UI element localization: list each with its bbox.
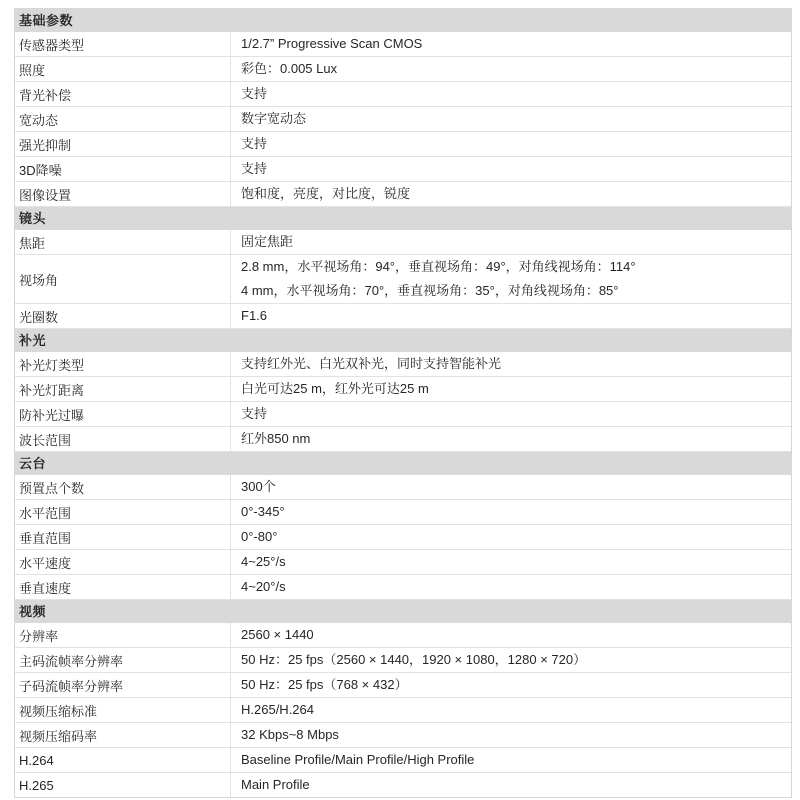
spec-row: 分辨率2560 × 1440 <box>15 623 791 648</box>
spec-row: 防补光过曝支持 <box>15 402 791 427</box>
spec-value-line: 支持红外光、白光双补光，同时支持智能补光 <box>241 352 791 376</box>
spec-value: 数字宽动态 <box>231 107 791 131</box>
spec-value: 0°-80° <box>231 525 791 549</box>
spec-value-line: 300个 <box>241 475 791 499</box>
spec-label: 视频压缩码率 <box>15 723 231 747</box>
spec-value: 2.8 mm，水平视场角：94°，垂直视场角：49°，对角线视场角：114°4 … <box>231 255 791 303</box>
spec-label: 背光补偿 <box>15 82 231 106</box>
spec-value-line: 支持 <box>241 82 791 106</box>
spec-label: 波长范围 <box>15 427 231 451</box>
spec-row: 主码流帧率分辨率50 Hz：25 fps（2560 × 1440，1920 × … <box>15 648 791 673</box>
spec-label: 补光灯类型 <box>15 352 231 376</box>
spec-value: 0°-345° <box>231 500 791 524</box>
spec-value-line: 支持 <box>241 132 791 156</box>
spec-value: 4~20°/s <box>231 575 791 599</box>
spec-row: 垂直范围0°-80° <box>15 525 791 550</box>
spec-value: 饱和度，亮度，对比度，锐度 <box>231 182 791 206</box>
spec-label: 分辨率 <box>15 623 231 647</box>
spec-value: F1.6 <box>231 304 791 328</box>
spec-value: 32 Kbps~8 Mbps <box>231 723 791 747</box>
spec-row: 强光抑制支持 <box>15 132 791 157</box>
spec-label: H.265 <box>15 773 231 797</box>
spec-value-line: 4~25°/s <box>241 550 791 574</box>
spec-value: Baseline Profile/Main Profile/High Profi… <box>231 748 791 772</box>
spec-row: 焦距固定焦距 <box>15 230 791 255</box>
spec-row: 视频压缩码率32 Kbps~8 Mbps <box>15 723 791 748</box>
spec-value-line: F1.6 <box>241 304 791 328</box>
spec-row: 宽动态数字宽动态 <box>15 107 791 132</box>
spec-value: 支持 <box>231 157 791 181</box>
spec-value: 白光可达25 m，红外光可达25 m <box>231 377 791 401</box>
spec-row: H.264Baseline Profile/Main Profile/High … <box>15 748 791 773</box>
spec-label: 垂直范围 <box>15 525 231 549</box>
spec-value: 支持红外光、白光双补光，同时支持智能补光 <box>231 352 791 376</box>
spec-value-line: 0°-345° <box>241 500 791 524</box>
spec-row: 预置点个数300个 <box>15 475 791 500</box>
spec-label: 主码流帧率分辨率 <box>15 648 231 672</box>
spec-label: 视场角 <box>15 255 231 303</box>
spec-value: 支持 <box>231 82 791 106</box>
spec-row: H.265Main Profile <box>15 773 791 797</box>
spec-value: 固定焦距 <box>231 230 791 254</box>
spec-label: 预置点个数 <box>15 475 231 499</box>
spec-value-line: 1/2.7” Progressive Scan CMOS <box>241 32 791 56</box>
spec-value: 彩色：0.005 Lux <box>231 57 791 81</box>
spec-value-line: 4 mm，水平视场角：70°，垂直视场角：35°，对角线视场角：85° <box>241 279 791 303</box>
spec-row: 水平速度4~25°/s <box>15 550 791 575</box>
spec-row: 视场角2.8 mm，水平视场角：94°，垂直视场角：49°，对角线视场角：114… <box>15 255 791 304</box>
spec-row: 3D降噪支持 <box>15 157 791 182</box>
spec-value-line: 4~20°/s <box>241 575 791 599</box>
spec-row: 水平范围0°-345° <box>15 500 791 525</box>
spec-value-line: 数字宽动态 <box>241 107 791 131</box>
spec-label: 光圈数 <box>15 304 231 328</box>
spec-row: 补光灯距离白光可达25 m，红外光可达25 m <box>15 377 791 402</box>
spec-value: 1/2.7” Progressive Scan CMOS <box>231 32 791 56</box>
spec-value: Main Profile <box>231 773 791 797</box>
spec-value: 红外850 nm <box>231 427 791 451</box>
section-header: 补光 <box>15 329 791 352</box>
spec-value: H.265/H.264 <box>231 698 791 722</box>
spec-row: 子码流帧率分辨率50 Hz：25 fps（768 × 432） <box>15 673 791 698</box>
section-header: 基础参数 <box>15 9 791 32</box>
spec-value-line: 固定焦距 <box>241 230 791 254</box>
spec-value-line: 红外850 nm <box>241 427 791 451</box>
spec-value: 50 Hz：25 fps（2560 × 1440，1920 × 1080，128… <box>231 648 791 672</box>
spec-value-line: 50 Hz：25 fps（2560 × 1440，1920 × 1080，128… <box>241 648 791 672</box>
spec-row: 背光补偿支持 <box>15 82 791 107</box>
spec-label: 补光灯距离 <box>15 377 231 401</box>
spec-label: 防补光过曝 <box>15 402 231 426</box>
spec-value: 支持 <box>231 132 791 156</box>
spec-value: 支持 <box>231 402 791 426</box>
spec-value-line: 2560 × 1440 <box>241 623 791 647</box>
spec-label: 照度 <box>15 57 231 81</box>
spec-row: 图像设置饱和度，亮度，对比度，锐度 <box>15 182 791 207</box>
spec-row: 垂直速度4~20°/s <box>15 575 791 600</box>
spec-value-line: 0°-80° <box>241 525 791 549</box>
spec-label: 强光抑制 <box>15 132 231 156</box>
spec-label: 子码流帧率分辨率 <box>15 673 231 697</box>
spec-value-line: 白光可达25 m，红外光可达25 m <box>241 377 791 401</box>
spec-label: 视频压缩标准 <box>15 698 231 722</box>
spec-label: 垂直速度 <box>15 575 231 599</box>
spec-label: 宽动态 <box>15 107 231 131</box>
spec-row: 波长范围红外850 nm <box>15 427 791 452</box>
spec-value-line: Baseline Profile/Main Profile/High Profi… <box>241 748 791 772</box>
spec-row: 补光灯类型支持红外光、白光双补光，同时支持智能补光 <box>15 352 791 377</box>
section-header: 云台 <box>15 452 791 475</box>
spec-label: 水平范围 <box>15 500 231 524</box>
spec-value-line: 支持 <box>241 402 791 426</box>
section-header: 镜头 <box>15 207 791 230</box>
spec-value-line: H.265/H.264 <box>241 698 791 722</box>
spec-value-line: 2.8 mm，水平视场角：94°，垂直视场角：49°，对角线视场角：114° <box>241 255 791 279</box>
spec-table: 基础参数传感器类型1/2.7” Progressive Scan CMOS照度彩… <box>14 8 792 798</box>
spec-value: 300个 <box>231 475 791 499</box>
spec-value: 4~25°/s <box>231 550 791 574</box>
spec-value: 50 Hz：25 fps（768 × 432） <box>231 673 791 697</box>
spec-label: 焦距 <box>15 230 231 254</box>
spec-value-line: 饱和度，亮度，对比度，锐度 <box>241 182 791 206</box>
spec-value-line: Main Profile <box>241 773 791 797</box>
spec-label: H.264 <box>15 748 231 772</box>
spec-value-line: 32 Kbps~8 Mbps <box>241 723 791 747</box>
spec-label: 图像设置 <box>15 182 231 206</box>
spec-row: 照度彩色：0.005 Lux <box>15 57 791 82</box>
spec-value: 2560 × 1440 <box>231 623 791 647</box>
spec-label: 3D降噪 <box>15 157 231 181</box>
spec-row: 传感器类型1/2.7” Progressive Scan CMOS <box>15 32 791 57</box>
spec-label: 传感器类型 <box>15 32 231 56</box>
spec-value-line: 支持 <box>241 157 791 181</box>
spec-row: 视频压缩标准H.265/H.264 <box>15 698 791 723</box>
spec-value-line: 彩色：0.005 Lux <box>241 57 791 81</box>
spec-row: 光圈数F1.6 <box>15 304 791 329</box>
section-header: 视频 <box>15 600 791 623</box>
spec-label: 水平速度 <box>15 550 231 574</box>
spec-value-line: 50 Hz：25 fps（768 × 432） <box>241 673 791 697</box>
